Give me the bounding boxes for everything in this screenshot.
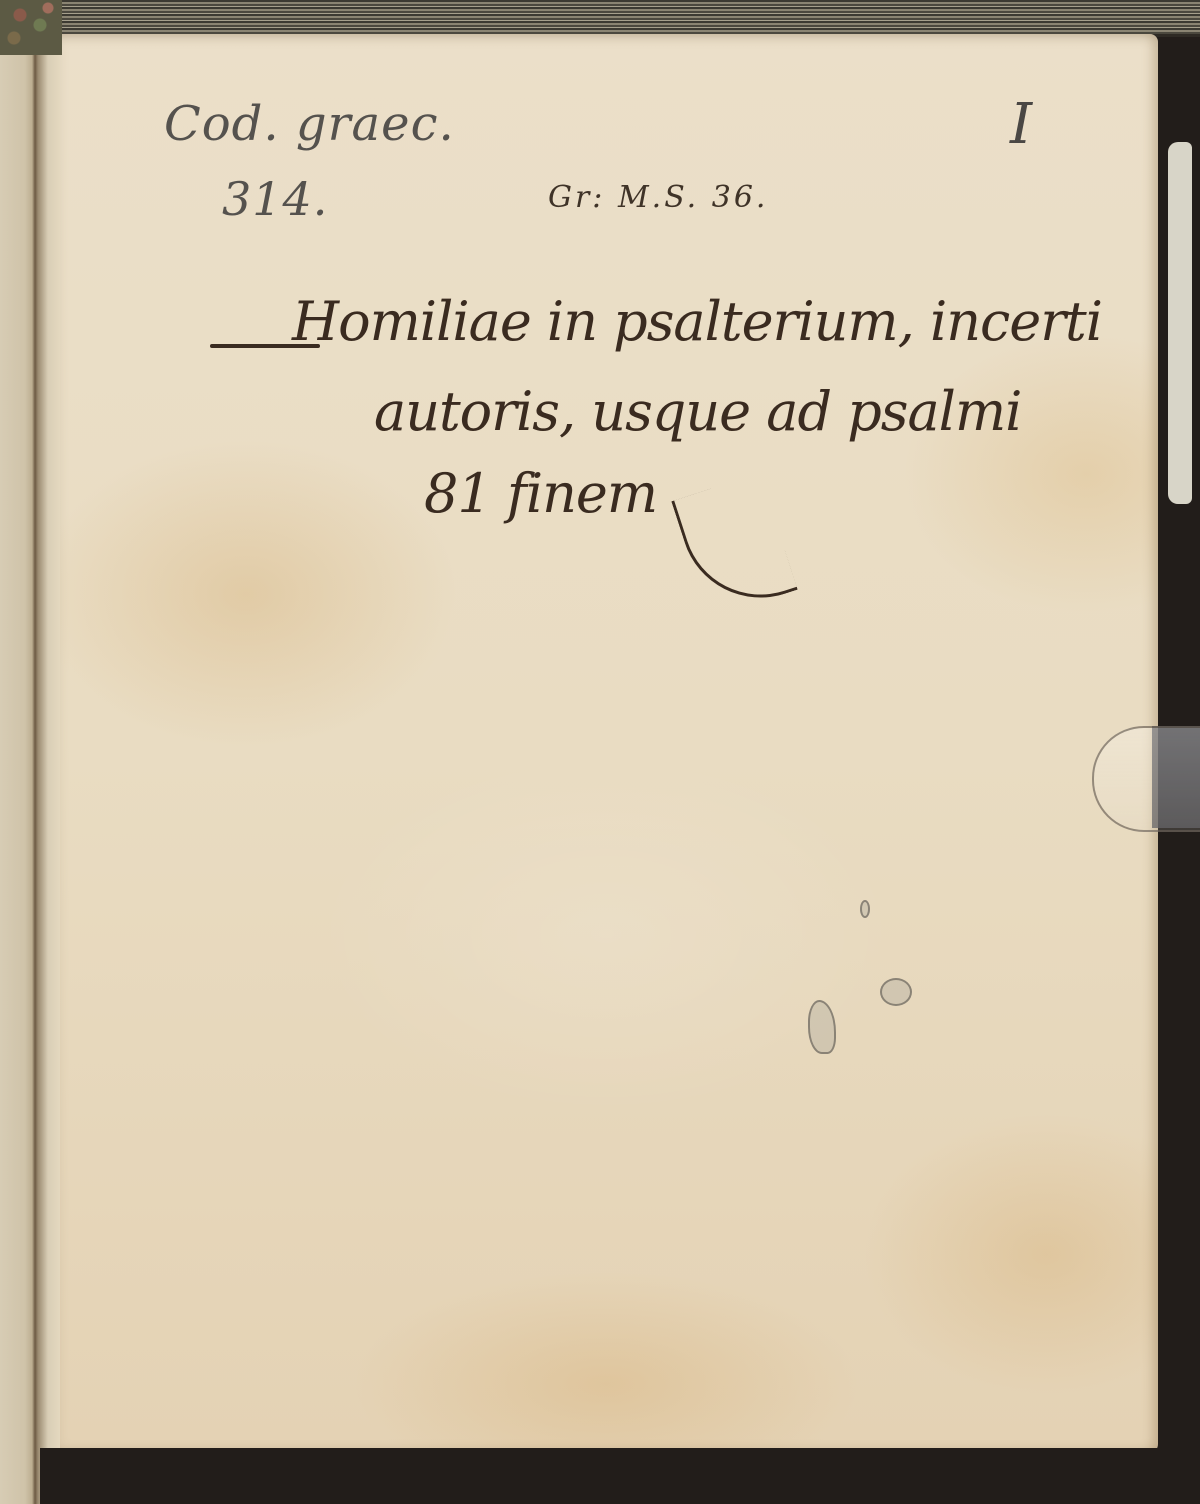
shelfmark-line-2: 314. <box>222 172 328 226</box>
title-line-3: 81 finem <box>424 462 657 525</box>
bottom-backdrop <box>40 1448 1200 1504</box>
title-line-2: autoris, usque ad psalmi <box>374 380 1021 443</box>
book-binding-gutter <box>0 0 60 1504</box>
old-shelfmark: Gr: M.S. 36. <box>548 180 768 215</box>
folio-number: I <box>1010 92 1032 157</box>
paper-blemish <box>880 978 912 1006</box>
headband <box>0 0 62 55</box>
page-edges-top <box>60 0 1200 37</box>
shelfmark-line-1: Cod. graec. <box>164 96 455 152</box>
plastic-page-clip <box>1092 726 1200 832</box>
title-line-1: Homiliae in psalterium, incerti <box>292 290 1102 353</box>
manuscript-page <box>46 34 1158 1454</box>
paper-blemish <box>860 900 870 918</box>
page-edge-slip <box>1168 142 1192 504</box>
